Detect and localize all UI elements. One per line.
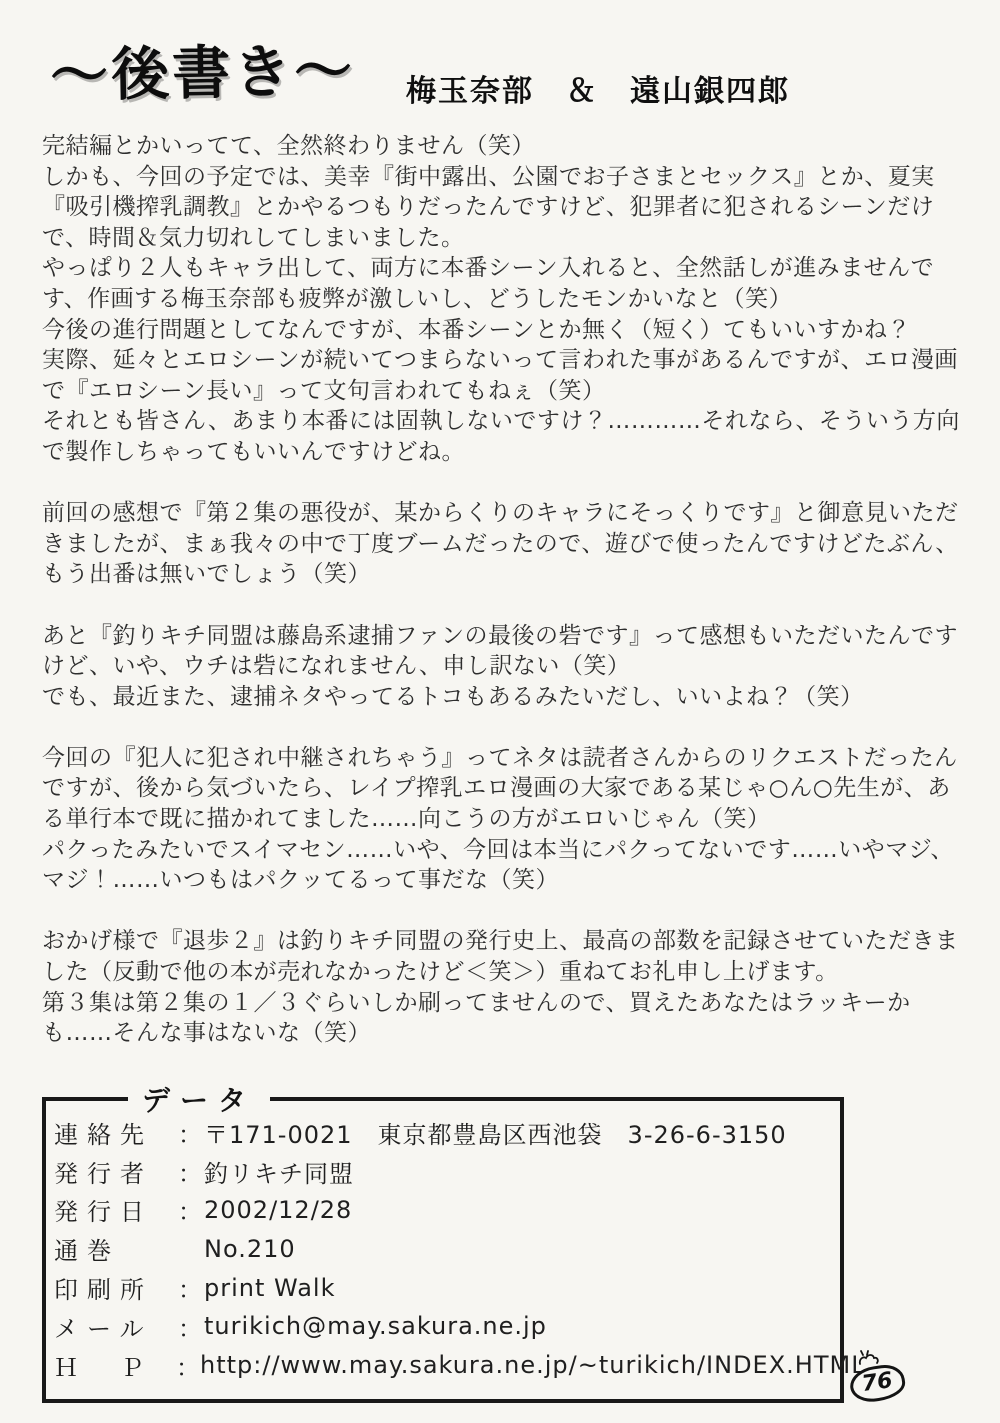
- publication-data-box: データ 連絡先：〒171-0021 東京都豊島区西池袋 3-26-6-3150 …: [42, 1097, 844, 1403]
- row-label: 発行日: [54, 1192, 176, 1227]
- email-address: turikich@may.sakura.ne.jp: [204, 1312, 547, 1340]
- data-row-publish-date: 発行日：2002/12/28: [54, 1191, 840, 1230]
- data-box-heading: データ: [128, 1079, 270, 1119]
- publish-date: 2002/12/28: [204, 1196, 352, 1224]
- author-names: 梅玉奈部 ＆ 遠山銀四郎: [406, 66, 790, 110]
- row-separator: ：: [176, 1115, 204, 1150]
- publisher-name: 釣リキチ同盟: [204, 1154, 354, 1189]
- paragraph: あと『釣りキチ同盟は藤島系逮捕ファンの最後の砦です』って感想もいただいたんですけ…: [42, 621, 964, 713]
- row-separator: ：: [176, 1192, 204, 1227]
- paragraph: 完結編とかいってて、全然終わりません（笑） しかも、今回の予定では、美幸『街中露…: [42, 131, 964, 468]
- row-label: 連絡先: [54, 1115, 176, 1150]
- paragraph: 今回の『犯人に犯され中継されちゃう』ってネタは読者さんからのリクエストだったんで…: [42, 743, 964, 896]
- afterword-body: 完結編とかいってて、全然終わりません（笑） しかも、今回の予定では、美幸『街中露…: [42, 131, 964, 1079]
- homepage-url: http://www.may.sakura.ne.jp/~turikich/IN…: [200, 1351, 866, 1379]
- row-separator: ：: [176, 1154, 204, 1189]
- printer-name: print Walk: [204, 1274, 336, 1302]
- volume-number: No.210: [204, 1235, 296, 1263]
- row-label: 発行者: [54, 1154, 176, 1189]
- data-row-volume: 通巻No.210: [54, 1229, 840, 1268]
- row-label: メール: [54, 1309, 176, 1344]
- paragraph: 前回の感想で『第２集の悪役が、某からくりのキャラにそっくりです』と御意見いただき…: [42, 498, 964, 590]
- page-title: ～後書き～: [49, 23, 355, 112]
- data-row-publisher: 発行者：釣リキチ同盟: [54, 1152, 840, 1191]
- row-label: Ｈ Ｐ: [54, 1348, 176, 1383]
- row-label: 通巻: [54, 1231, 176, 1266]
- contact-address: 〒171-0021 東京都豊島区西池袋 3-26-6-3150: [204, 1115, 787, 1150]
- data-row-homepage: Ｈ Ｐ：http://www.may.sakura.ne.jp/~turikic…: [54, 1346, 840, 1385]
- page-number-area: 76: [848, 1350, 918, 1410]
- data-row-printer: 印刷所：print Walk: [54, 1268, 840, 1307]
- row-label: 印刷所: [54, 1270, 176, 1305]
- row-separator: ：: [176, 1270, 204, 1305]
- data-row-email: メール：turikich@may.sakura.ne.jp: [54, 1307, 840, 1346]
- afterword-page: ～後書き～ 梅玉奈部 ＆ 遠山銀四郎 完結編とかいってて、全然終わりません（笑）…: [0, 0, 1000, 1423]
- paragraph: おかげ様で『退歩２』は釣りキチ同盟の発行史上、最高の部数を記録させていただきまし…: [42, 926, 964, 1048]
- row-separator: ：: [176, 1309, 204, 1344]
- row-separator: ：: [176, 1348, 200, 1383]
